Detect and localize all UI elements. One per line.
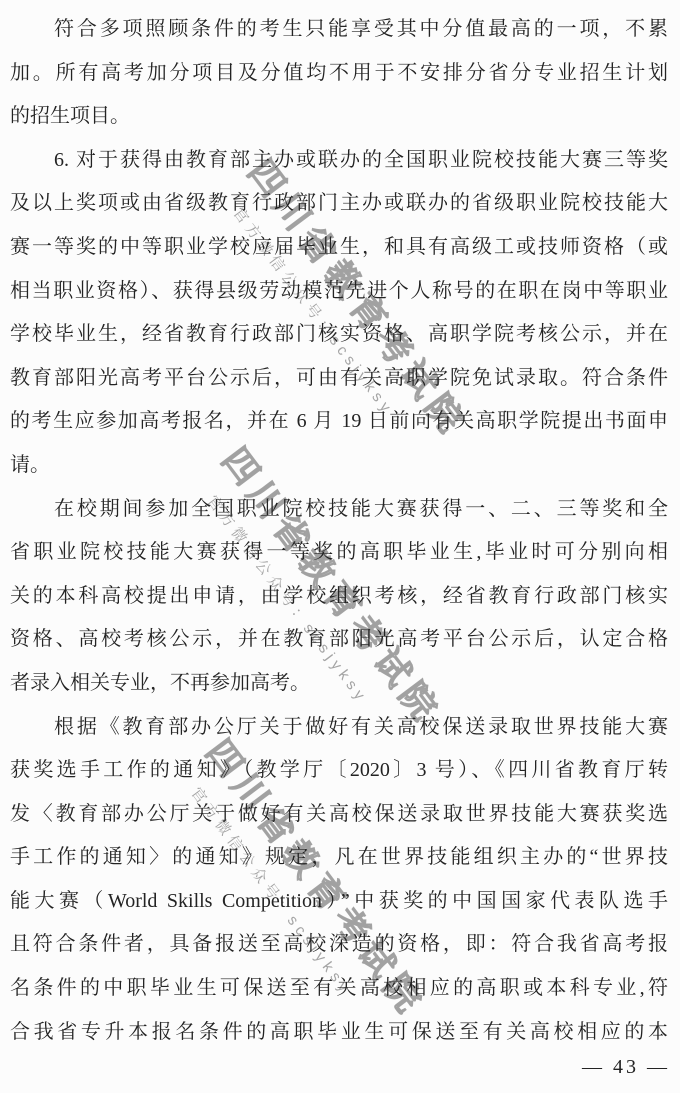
text-line: 关的本科高校提出申请，由学校组织考核，经省教育行政部门核实	[10, 575, 668, 619]
text-line: 资格、高校考核公示，并在教育部阳光高考平台公示后，认定合格	[10, 618, 668, 662]
text-line: 名条件的中职毕业生可保送至有关高校相应的高职或本科专业,符	[10, 967, 668, 1011]
text-line: 能大赛（World Skills Competition）”中获奖的中国国家代表…	[10, 880, 668, 924]
text-line: 在校期间参加全国职业院校技能大赛获得一、二、三等奖和全	[10, 488, 668, 532]
text-line: 获奖选手工作的通知》（教学厅〔2020〕3 号）、《四川省教育厅转	[10, 749, 668, 793]
text-line: 者录入相关专业，不再参加高考。	[10, 662, 668, 706]
document-page: 四川省教育考试院 官方微信公众号：scsjyksy 四川省教育考试院 官方微信公…	[0, 0, 680, 1093]
text-line: 手工作的通知〉的通知》规定，凡在世界技能组织主办的“世界技	[10, 836, 668, 880]
document-body: 符合多项照顾条件的考生只能享受其中分值最高的一项，不累加。所有高考加分项目及分值…	[10, 8, 668, 1054]
text-line: 相当职业资格）、获得县级劳动模范先进个人称号的在职在岗中等职业	[10, 270, 668, 314]
text-line: 符合多项照顾条件的考生只能享受其中分值最高的一项，不累	[10, 8, 668, 52]
text-line: 的考生应参加高考报名，并在 6 月 19 日前向有关高职学院提出书面申	[10, 400, 668, 444]
text-line: 6. 对于获得由教育部主办或联办的全国职业院校技能大赛三等奖	[10, 139, 668, 183]
text-line: 发〈教育部办公厅关于做好有关高校保送录取世界技能大赛获奖选	[10, 793, 668, 837]
text-line: 教育部阳光高考平台公示后，可由有关高职学院免试录取。符合条件	[10, 357, 668, 401]
text-line: 省职业院校技能大赛获得一等奖的高职毕业生,毕业时可分别向相	[10, 531, 668, 575]
text-line: 加。所有高考加分项目及分值均不用于不安排分省分专业招生计划	[10, 52, 668, 96]
text-line: 及以上奖项或由省级教育行政部门主办或联办的省级职业院校技能大	[10, 182, 668, 226]
text-line: 赛一等奖的中等职业学校应届毕业生，和具有高级工或技师资格（或	[10, 226, 668, 270]
text-line: 合我省专升本报名条件的高职毕业生可保送至有关高校相应的本	[10, 1011, 668, 1055]
text-line: 学校毕业生，经省教育行政部门核实资格、高职学院考核公示，并在	[10, 313, 668, 357]
text-line: 根据《教育部办公厅关于做好有关高校保送录取世界技能大赛	[10, 706, 668, 750]
text-line: 的招生项目。	[10, 95, 668, 139]
text-line: 请。	[10, 444, 668, 488]
text-line: 且符合条件者，具备报送至高校深造的资格，即：符合我省高考报	[10, 923, 668, 967]
page-number: — 43 —	[582, 1056, 670, 1079]
